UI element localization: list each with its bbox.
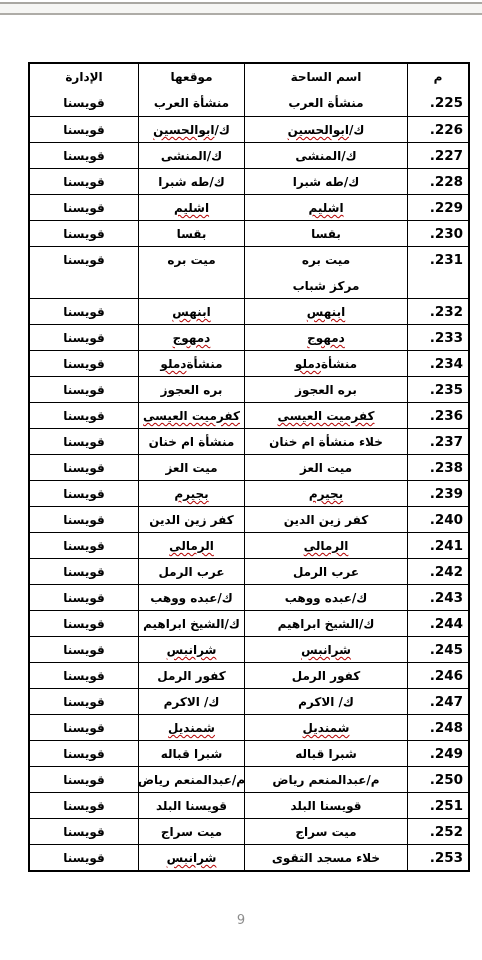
cell-text: قويسنا (63, 325, 105, 351)
cell-text: قويسنا (63, 533, 105, 559)
cell-text: قويسنا (63, 429, 105, 455)
location-cell: كفور الرمل (138, 663, 244, 689)
row-number-cell: .232 (407, 299, 468, 325)
row-number-cell: .238 (407, 455, 468, 481)
name-cell: ك/المنشى (244, 143, 407, 169)
misspelled-word: شرانبس (167, 845, 217, 871)
cell-text: كفور الرمل (292, 663, 360, 689)
cell-text: قويسنا (63, 793, 105, 819)
row-number-cell: .247 (407, 689, 468, 715)
location-cell: منشأة ام خنان (138, 429, 244, 455)
cell-text: ميت سراج (295, 819, 356, 845)
cell-text: ك/ (349, 117, 364, 143)
admin-cell: قويسنا (30, 90, 138, 116)
header-name: اسم الساحة (244, 64, 407, 90)
admin-cell: قويسنا (30, 195, 138, 221)
location-cell: منشأة دملو (138, 351, 244, 377)
table-row: قويسناك/المنشىك/المنشى.227 (30, 142, 468, 168)
table-row: قويسناك/ابوالحسينك/ابوالحسين.226 (30, 116, 468, 142)
cell-text: قويسنا (63, 611, 105, 637)
cell-text: ك/ الاكرم (164, 689, 220, 715)
location-cell: ك/طه شبرا (138, 169, 244, 195)
table-row: قويسنابقسابقسا.230 (30, 220, 468, 246)
cell-text: ك/ الاكرم (298, 689, 354, 715)
name-line-2: مركز شباب (293, 273, 360, 298)
admin-cell: قويسنا (30, 325, 138, 351)
admin-cell: قويسنا (30, 169, 138, 195)
misspelled-word: بجيرم (174, 481, 208, 507)
table-row: قويسناعرب الرملعرب الرمل.242 (30, 558, 468, 584)
location-cell: ميت العز (138, 455, 244, 481)
name-cell: بقسا (244, 221, 407, 247)
name-cell: شمنديل (244, 715, 407, 741)
admin-cell: قويسنا (30, 143, 138, 169)
cell-text: قويسنا (63, 221, 105, 247)
admin-cell: قويسنا (30, 715, 138, 741)
cell-text: ك/الشيخ ابراهيم (278, 611, 375, 637)
cell-text: قويسنا (63, 351, 105, 377)
table-row: قويسنامنشأة دملومنشأة دملو.234 (30, 350, 468, 376)
cell-text: ك/عبده ووهب (150, 585, 233, 611)
misspelled-word: دملو (160, 351, 186, 377)
misspelled-word: دمهوج (307, 325, 345, 351)
header-number: م (407, 64, 468, 90)
location-cell: كفر زين الدين (138, 507, 244, 533)
location-cell: بجيرم (138, 481, 244, 507)
admin-cell: قويسنا (30, 663, 138, 689)
location-cell: دمهوج (138, 325, 244, 351)
table-row: قويسناميت سراجميت سراج.252 (30, 818, 468, 844)
row-number-cell: .248 (407, 715, 468, 741)
admin-cell: قويسنا (30, 403, 138, 429)
location-cell: ميت سراج (138, 819, 244, 845)
cell-text: ميت العز (165, 455, 217, 481)
name-cell: ك/طه شبرا (244, 169, 407, 195)
location-cell: ميت بره (138, 247, 244, 298)
name-cell: كفور الرمل (244, 663, 407, 689)
cell-text: كفر زين الدين (149, 507, 234, 533)
cell-text: قويسنا (63, 767, 105, 793)
table-row: قويسنامنشأة العربمنشأة العرب.225 (30, 90, 468, 116)
location-cell: شرانبس (138, 637, 244, 663)
row-number-cell: .233 (407, 325, 468, 351)
misspelled-word: ابنهس (172, 299, 210, 325)
admin-cell: قويسنا (30, 299, 138, 325)
admin-cell: قويسنا (30, 247, 138, 298)
cell-text: ميت سراج (161, 819, 222, 845)
top-strip (0, 2, 482, 15)
row-number-cell: .245 (407, 637, 468, 663)
table-row: قويسناشمنديلشمنديل.248 (30, 714, 468, 740)
misspelled-word: شمنديل (303, 715, 350, 741)
misspelled-word: شمنديل (168, 715, 215, 741)
header-location: موقعها (138, 64, 244, 90)
location-cell: بقسا (138, 221, 244, 247)
cell-text: ك/طه شبرا (158, 169, 224, 195)
cell-text: قويسنا (63, 715, 105, 741)
cell-text: منشأة العرب (154, 90, 229, 116)
admin-cell: قويسنا (30, 741, 138, 767)
row-number-cell: .252 (407, 819, 468, 845)
cell-text: خلاء منشأة ام خنان (269, 429, 383, 455)
cell-text: قويسنا (63, 117, 105, 143)
cell-text: عرب الرمل (293, 559, 359, 585)
misspelled-word: ابنهس (307, 299, 345, 325)
cell-text: قويسنا البلد (290, 793, 361, 819)
cell-text: منشأة ام خنان (149, 429, 235, 455)
admin-cell: قويسنا (30, 637, 138, 663)
cell-text: قويسنا (63, 559, 105, 585)
row-number-cell: .229 (407, 195, 468, 221)
row-number-cell: .227 (407, 143, 468, 169)
cell-text: قويسنا (63, 299, 105, 325)
misspelled-word: كفرميت العيسى (143, 403, 240, 429)
location-cell: ابنهس (138, 299, 244, 325)
admin-cell: قويسنا (30, 689, 138, 715)
table-row: قويسناقويسنا البلدقويسنا البلد.251 (30, 792, 468, 818)
location-cell: ك/عبده ووهب (138, 585, 244, 611)
cell-text: قويسنا (63, 169, 105, 195)
cell-text: منشأة (321, 351, 357, 377)
name-cell: بره العجوز (244, 377, 407, 403)
location-cell: شمنديل (138, 715, 244, 741)
cell-text: قويسنا (63, 741, 105, 767)
cell-text: قويسنا (63, 845, 105, 871)
location-cell: كفرميت العيسى (138, 403, 244, 429)
table-row: قويسناكفور الرملكفور الرمل.246 (30, 662, 468, 688)
cell-text: كفر زين الدين (284, 507, 369, 533)
cell-text: قويسنا (63, 377, 105, 403)
cell-text: ك/المنشى (295, 143, 356, 169)
row-number-cell: .228 (407, 169, 468, 195)
admin-cell: قويسنا (30, 377, 138, 403)
cell-text: ميت بره (167, 247, 215, 273)
cell-text: بقسا (177, 221, 207, 247)
cell-text: بقسا (311, 221, 341, 247)
location-cell: ك/الشيخ ابراهيم (138, 611, 244, 637)
misspelled-word: الرمالى (304, 533, 349, 559)
cell-text: مركز شباب (293, 279, 360, 293)
table-row: قويسناالرمالىالرمالى.241 (30, 532, 468, 558)
admin-cell: قويسنا (30, 819, 138, 845)
location-cell: الرمالى (138, 533, 244, 559)
table-row: قويسناكفرميت العيسىكفرميت العيسى.236 (30, 402, 468, 428)
table-row: قويسناك/طه شبراك/طه شبرا.228 (30, 168, 468, 194)
cell-text: م/عبدالمنعم رياض (138, 767, 244, 793)
misspelled-word: بجيرم (309, 481, 343, 507)
row-number-cell: .239 (407, 481, 468, 507)
location-cell: ك/المنشى (138, 143, 244, 169)
cell-text: منشأة العرب (288, 90, 363, 116)
cell-text: قويسنا (63, 507, 105, 533)
name-cell: ميت العز (244, 455, 407, 481)
table-row: قويسنامنشأة ام خنانخلاء منشأة ام خنان.23… (30, 428, 468, 454)
admin-cell: قويسنا (30, 585, 138, 611)
name-cell: م/عبدالمنعم رياض (244, 767, 407, 793)
cell-text: ميت بره (302, 253, 350, 267)
misspelled-word: شرانبس (301, 637, 351, 663)
admin-cell: قويسنا (30, 533, 138, 559)
misspelled-word: شرانبس (167, 637, 217, 663)
row-number-cell: .243 (407, 585, 468, 611)
location-cell: اشليم (138, 195, 244, 221)
admin-cell: قويسنا (30, 481, 138, 507)
name-cell: ك/ الاكرم (244, 689, 407, 715)
table-row: قويسناك/عبده ووهبك/عبده ووهب.243 (30, 584, 468, 610)
name-cell: ميت برهمركز شباب (244, 247, 407, 298)
admin-cell: قويسنا (30, 507, 138, 533)
cell-text: خلاء مسجد التقوى (272, 845, 380, 871)
row-number-cell: .240 (407, 507, 468, 533)
cell-text: ميت العز (300, 455, 352, 481)
name-cell: عرب الرمل (244, 559, 407, 585)
admin-cell: قويسنا (30, 429, 138, 455)
table-row: قويسنابجيرمبجيرم.239 (30, 480, 468, 506)
cell-text: شبرا قباله (161, 741, 223, 767)
table-row: قويسناشرانبسشرانبس.245 (30, 636, 468, 662)
table-row: قويسناكفر زين الدينكفر زين الدين.240 (30, 506, 468, 532)
cell-text: قويسنا (63, 247, 105, 273)
location-cell: م/عبدالمنعم رياض (138, 767, 244, 793)
cell-text: قويسنا (63, 585, 105, 611)
misspelled-word: دملو (295, 351, 321, 377)
row-number-cell: .235 (407, 377, 468, 403)
table-row: قويسناشرانبسخلاء مسجد التقوى.253 (30, 844, 468, 870)
row-number-cell: .244 (407, 611, 468, 637)
cell-text: بره العجوز (161, 377, 223, 403)
table-row: قويسناميت برهميت برهمركز شباب.231 (30, 246, 468, 298)
name-cell: شبرا قباله (244, 741, 407, 767)
name-cell: ك/عبده ووهب (244, 585, 407, 611)
table-row: قويسناك/الشيخ ابراهيمك/الشيخ ابراهيم.244 (30, 610, 468, 636)
name-cell: قويسنا البلد (244, 793, 407, 819)
location-cell: ك/ الاكرم (138, 689, 244, 715)
misspelled-word: دمهوج (173, 325, 211, 351)
name-cell: منشأة دملو (244, 351, 407, 377)
row-number-cell: .237 (407, 429, 468, 455)
table-header-row: الإدارة موقعها اسم الساحة م (30, 64, 468, 90)
misspelled-word: كفرميت العيسى (278, 403, 375, 429)
cell-text: بره العجوز (295, 377, 357, 403)
name-cell: اشليم (244, 195, 407, 221)
name-cell: ك/الشيخ ابراهيم (244, 611, 407, 637)
name-line-1: ميت بره (293, 247, 360, 273)
cell-text: كفور الرمل (157, 663, 225, 689)
cell-text: شبرا قباله (295, 741, 357, 767)
cell-text: ك/ (214, 117, 229, 143)
cell-text: قويسنا (63, 90, 105, 116)
row-number-cell: .242 (407, 559, 468, 585)
cell-text: منشأة (186, 351, 222, 377)
location-cell: ك/ابوالحسين (138, 117, 244, 143)
cell-text: م/عبدالمنعم رياض (272, 767, 379, 793)
name-cell: منشأة العرب (244, 90, 407, 116)
name-cell: شرانبس (244, 637, 407, 663)
name-cell: كفرميت العيسى (244, 403, 407, 429)
admin-cell: قويسنا (30, 845, 138, 871)
cell-text: قويسنا (63, 403, 105, 429)
table-row: قويسناميت العزميت العز.238 (30, 454, 468, 480)
location-cell: عرب الرمل (138, 559, 244, 585)
cell-text: ك/عبده ووهب (285, 585, 368, 611)
name-cell: خلاء مسجد التقوى (244, 845, 407, 871)
cell-text: ك/الشيخ ابراهيم (143, 611, 240, 637)
table-body: قويسنامنشأة العربمنشأة العرب.225قويسناك/… (30, 90, 468, 870)
admin-cell: قويسنا (30, 793, 138, 819)
name-cell: ك/ابوالحسين (244, 117, 407, 143)
misspelled-word: اشليم (308, 195, 343, 221)
name-cell: كفر زين الدين (244, 507, 407, 533)
row-number-cell: .250 (407, 767, 468, 793)
row-number-cell: .230 (407, 221, 468, 247)
row-number-cell: .225 (407, 90, 468, 116)
page-number: 9 (0, 913, 482, 928)
row-number-cell: .226 (407, 117, 468, 143)
name-cell: خلاء منشأة ام خنان (244, 429, 407, 455)
row-number-cell: .251 (407, 793, 468, 819)
table-row: قويسنابره العجوزبره العجوز.235 (30, 376, 468, 402)
cell-text: قويسنا (63, 143, 105, 169)
misspelled-word: ابوالحسين (288, 117, 349, 143)
table-row: قويسنادمهوجدمهوج.233 (30, 324, 468, 350)
name-cell: بجيرم (244, 481, 407, 507)
row-number-cell: .231 (407, 247, 468, 298)
squares-table: الإدارة موقعها اسم الساحة م قويسنامنشأة … (28, 62, 470, 872)
table-row: قويسناابنهسابنهس.232 (30, 298, 468, 324)
cell-text: قويسنا (63, 195, 105, 221)
row-number-cell: .234 (407, 351, 468, 377)
misspelled-word: ابوالحسين (153, 117, 214, 143)
row-number-cell: .253 (407, 845, 468, 871)
admin-cell: قويسنا (30, 559, 138, 585)
header-admin: الإدارة (30, 64, 138, 90)
admin-cell: قويسنا (30, 767, 138, 793)
cell-text: قويسنا البلد (156, 793, 227, 819)
table-row: قويسناك/ الاكرمك/ الاكرم.247 (30, 688, 468, 714)
admin-cell: قويسنا (30, 117, 138, 143)
cell-text: قويسنا (63, 637, 105, 663)
name-cell: الرمالى (244, 533, 407, 559)
admin-cell: قويسنا (30, 611, 138, 637)
name-cell: ابنهس (244, 299, 407, 325)
location-cell: شرانبس (138, 845, 244, 871)
cell-text: قويسنا (63, 819, 105, 845)
location-cell: شبرا قباله (138, 741, 244, 767)
admin-cell: قويسنا (30, 221, 138, 247)
location-cell: منشأة العرب (138, 90, 244, 116)
cell-text: عرب الرمل (158, 559, 224, 585)
cell-text: قويسنا (63, 455, 105, 481)
row-number-cell: .249 (407, 741, 468, 767)
row-number-cell: .236 (407, 403, 468, 429)
cell-text: ك/طه شبرا (293, 169, 359, 195)
name-cell: ميت سراج (244, 819, 407, 845)
cell-text: قويسنا (63, 689, 105, 715)
cell-text: قويسنا (63, 481, 105, 507)
row-number-cell: .241 (407, 533, 468, 559)
cell-text: ك/المنشى (161, 143, 222, 169)
admin-cell: قويسنا (30, 455, 138, 481)
misspelled-word: الرمالى (169, 533, 214, 559)
table-row: قويسناشبرا قبالهشبرا قباله.249 (30, 740, 468, 766)
location-cell: قويسنا البلد (138, 793, 244, 819)
table-row: قويسنام/عبدالمنعم رياضم/عبدالمنعم رياض.2… (30, 766, 468, 792)
name-cell: دمهوج (244, 325, 407, 351)
location-cell: بره العجوز (138, 377, 244, 403)
cell-text: قويسنا (63, 663, 105, 689)
name-lines: ميت برهمركز شباب (293, 247, 360, 298)
row-number-cell: .246 (407, 663, 468, 689)
misspelled-word: اشليم (174, 195, 209, 221)
table-row: قويسنااشليماشليم.229 (30, 194, 468, 220)
admin-cell: قويسنا (30, 351, 138, 377)
